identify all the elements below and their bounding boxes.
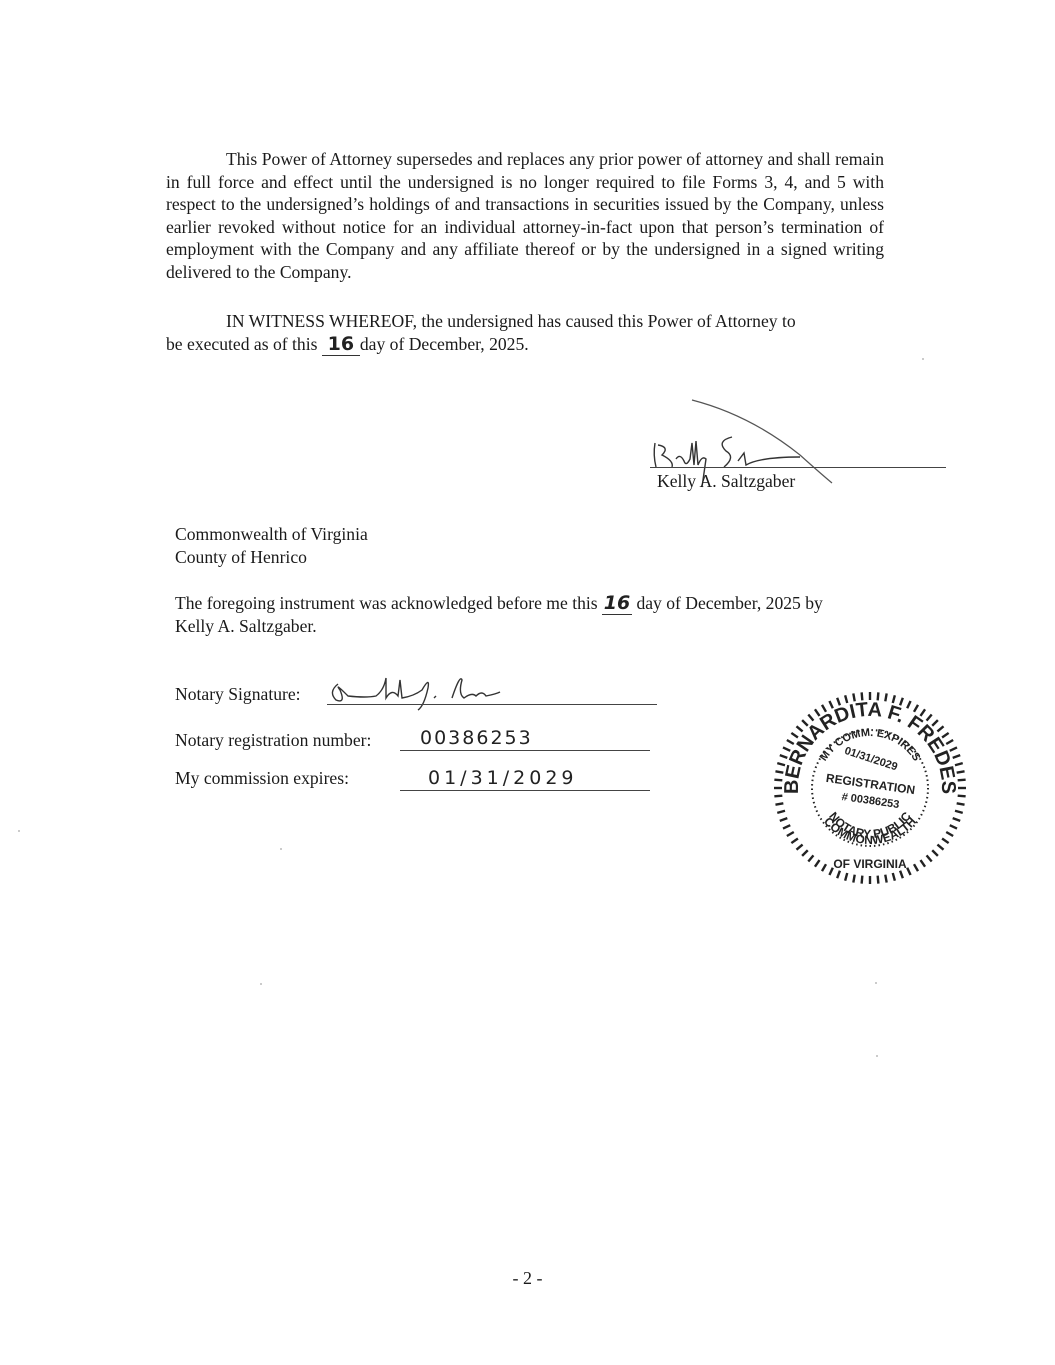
supersedes-paragraph: This Power of Attorney supersedes and re… <box>166 148 884 284</box>
acknowledgment-prefix: The foregoing instrument was acknowledge… <box>175 593 598 613</box>
seal-comm-date: 01/31/2029 <box>843 745 899 773</box>
page-number: - 2 - <box>0 1268 1055 1289</box>
seal-state: OF VIRGINIA <box>833 857 907 871</box>
witness-prefix: be executed as of this <box>166 334 317 354</box>
notary-expires-line <box>400 790 650 791</box>
acknowledgment-line-2: Kelly A. Saltzgaber. <box>175 615 317 637</box>
notary-registration-value: 00386253 <box>420 727 533 749</box>
witness-line-2: be executed as of this 16day of December… <box>166 333 529 356</box>
acknowledgment-suffix: day of December, 2025 by <box>636 593 822 613</box>
notary-signature-line <box>327 704 657 705</box>
scan-speck <box>260 983 262 985</box>
scan-speck <box>876 1055 878 1057</box>
acknowledgment-line-1: The foregoing instrument was acknowledge… <box>175 592 823 615</box>
seal-registration-number: # 00386253 <box>841 791 900 811</box>
scan-speck <box>875 982 877 984</box>
notary-registration-line <box>400 750 650 751</box>
supersedes-paragraph-text: This Power of Attorney supersedes and re… <box>166 149 884 282</box>
notary-signature-label: Notary Signature: <box>175 683 301 705</box>
signer-signature-line <box>650 467 946 468</box>
notary-expires-value: 01/31/2029 <box>428 767 578 789</box>
jurisdiction-county: County of Henrico <box>175 546 307 568</box>
seal-registration-label: REGISTRATION <box>825 771 916 797</box>
notary-seal-stamp: BERNARDITA F. FREDES MY COMM. EXPIRES 01… <box>770 688 970 888</box>
scan-speck <box>18 830 20 832</box>
scan-speck <box>280 848 282 850</box>
scan-speck <box>922 358 924 360</box>
witness-suffix: day of December, 2025. <box>360 334 529 354</box>
notary-expires-label: My commission expires: <box>175 767 349 789</box>
notary-registration-label: Notary registration number: <box>175 729 371 751</box>
witness-day-field: 16 <box>322 333 360 356</box>
witness-line-1: IN WITNESS WHEREOF, the undersigned has … <box>226 310 796 332</box>
signer-printed-name: Kelly A. Saltzgaber <box>657 470 795 492</box>
jurisdiction-state: Commonwealth of Virginia <box>175 523 368 545</box>
acknowledgment-day-field: 16 <box>602 592 632 615</box>
